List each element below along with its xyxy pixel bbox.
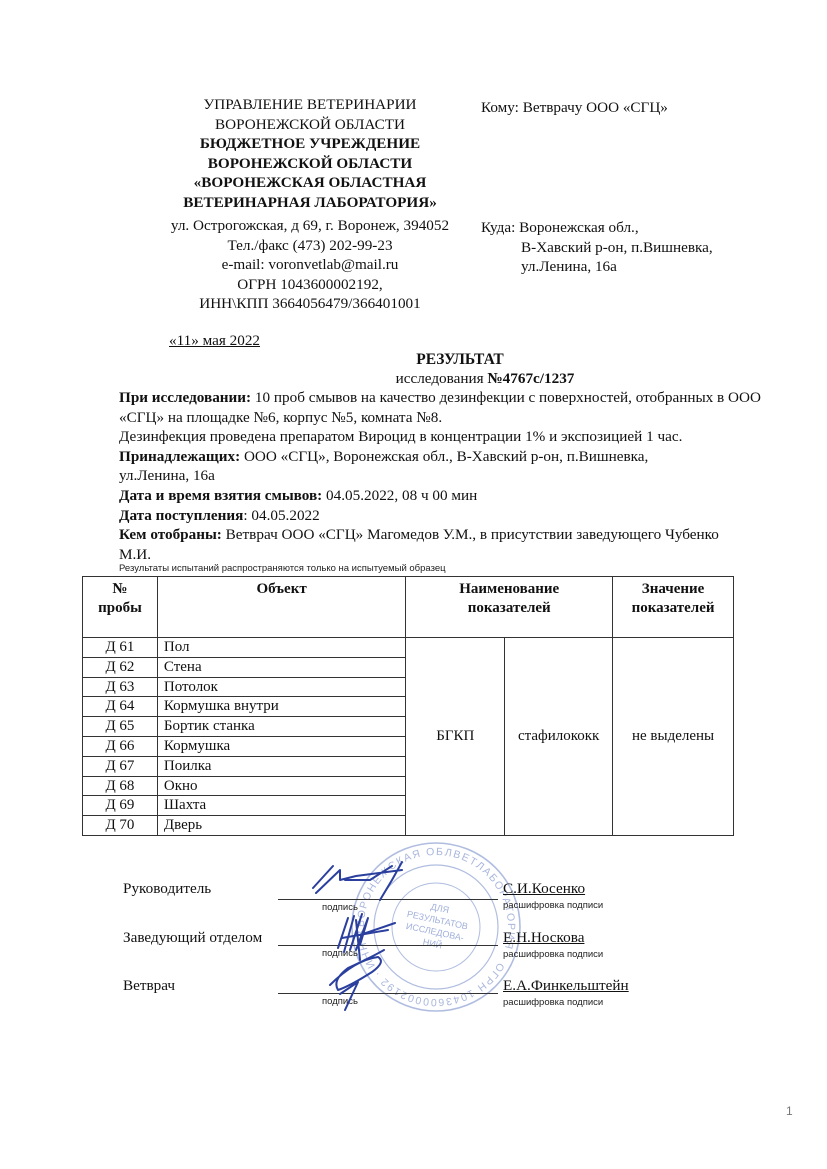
page-number: 1: [786, 1104, 793, 1118]
handwritten-signatures-icon: [0, 0, 827, 1169]
